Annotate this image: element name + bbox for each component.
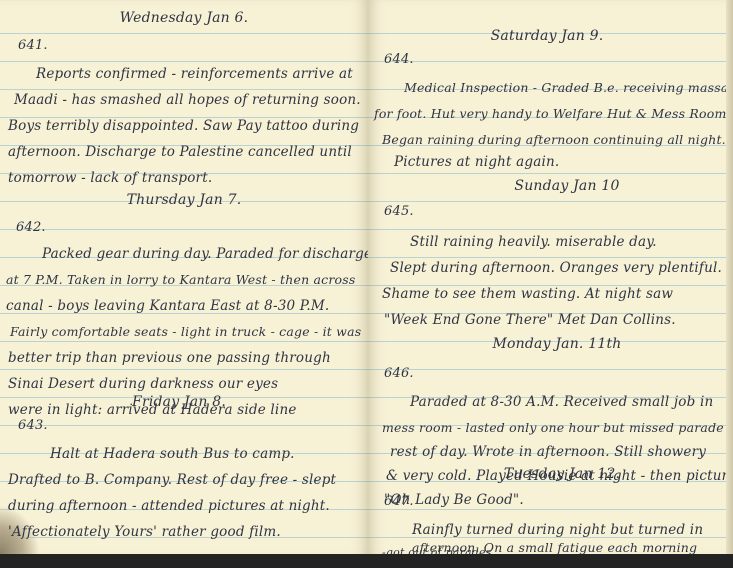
entry-number: 647. [384,488,726,516]
entry-line: Halt at Hadera south Bus to camp. [22,440,368,468]
left-page-friday: Friday Jan 8. 643. Halt at Hadera south … [0,0,368,556]
entry-line: 'Affectionately Yours' rather good film. [8,518,368,546]
entry-line: Drafted to B. Company. Rest of day free … [8,466,368,494]
page-edge [726,0,733,556]
background-strip [0,554,733,568]
entry-date: Tuesday Jan 12. [398,460,726,488]
right-page-tuesday: Tuesday Jan 12. 647. Rainfly turned duri… [368,0,726,556]
entry-number: 643. [18,412,368,440]
entry-line: during afternoon - attended pictures at … [8,492,368,520]
